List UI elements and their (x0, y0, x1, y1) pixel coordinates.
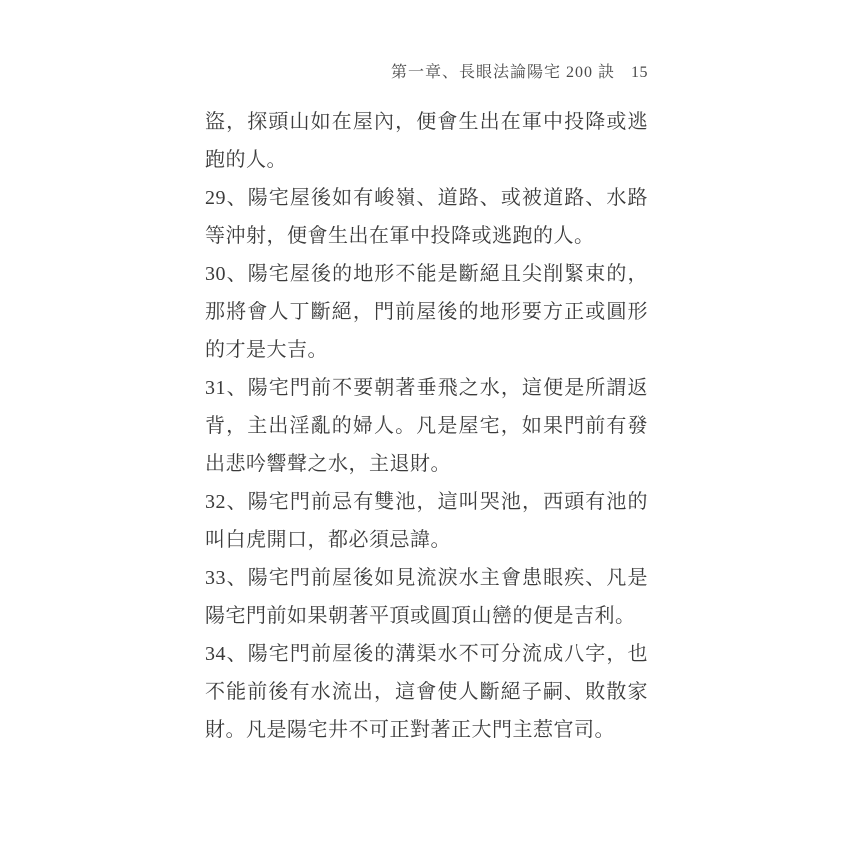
paragraph-item-32: 32、陽宅門前忌有雙池，這叫哭池，西頭有池的叫白虎開口，都必須忌諱。 (205, 483, 648, 559)
paragraph-item-34: 34、陽宅門前屋後的溝渠水不可分流成八字，也不能前後有水流出，這會使人斷絕子嗣、… (205, 635, 648, 749)
body-text-block: 盜，探頭山如在屋內，便會生出在軍中投降或逃跑的人。 29、陽宅屋後如有峻嶺、道路… (205, 103, 648, 749)
item-number: 32、 (205, 491, 248, 513)
item-text: 陽宅門前屋後如見流淚水主會患眼疾、凡是陽宅門前如果朝著平頂或圓頂山巒的便是吉利。 (205, 567, 648, 627)
item-number: 30、 (205, 263, 248, 285)
item-number: 29、 (205, 187, 248, 209)
paragraph-text: 盜，探頭山如在屋內，便會生出在軍中投降或逃跑的人。 (205, 111, 648, 171)
chapter-title: 第一章、長眼法論陽宅 200 訣 (391, 64, 615, 81)
running-header: 第一章、長眼法論陽宅 200 訣15 (205, 63, 648, 83)
item-number: 34、 (205, 643, 248, 665)
item-number: 31、 (205, 377, 248, 399)
paragraph-item-30: 30、陽宅屋後的地形不能是斷絕且尖削緊束的，那將會人丁斷絕，門前屋後的地形要方正… (205, 255, 648, 369)
item-text: 陽宅門前忌有雙池，這叫哭池，西頭有池的叫白虎開口，都必須忌諱。 (205, 491, 648, 551)
continuation-paragraph: 盜，探頭山如在屋內，便會生出在軍中投降或逃跑的人。 (205, 103, 648, 179)
item-text: 陽宅門前屋後的溝渠水不可分流成八字，也不能前後有水流出，這會使人斷絕子嗣、敗散家… (205, 643, 648, 741)
book-page: 第一章、長眼法論陽宅 200 訣15 盜，探頭山如在屋內，便會生出在軍中投降或逃… (0, 0, 850, 850)
paragraph-item-29: 29、陽宅屋後如有峻嶺、道路、或被道路、水路等沖射，便會生出在軍中投降或逃跑的人… (205, 179, 648, 255)
paragraph-item-31: 31、陽宅門前不要朝著垂飛之水，這便是所謂返背，主出淫亂的婦人。凡是屋宅，如果門… (205, 369, 648, 483)
page-number: 15 (631, 63, 648, 83)
item-number: 33、 (205, 567, 248, 589)
item-text: 陽宅屋後如有峻嶺、道路、或被道路、水路等沖射，便會生出在軍中投降或逃跑的人。 (205, 187, 648, 247)
item-text: 陽宅屋後的地形不能是斷絕且尖削緊束的，那將會人丁斷絕，門前屋後的地形要方正或圓形… (205, 263, 648, 361)
paragraph-item-33: 33、陽宅門前屋後如見流淚水主會患眼疾、凡是陽宅門前如果朝著平頂或圓頂山巒的便是… (205, 559, 648, 635)
item-text: 陽宅門前不要朝著垂飛之水，這便是所謂返背，主出淫亂的婦人。凡是屋宅，如果門前有發… (205, 377, 648, 475)
